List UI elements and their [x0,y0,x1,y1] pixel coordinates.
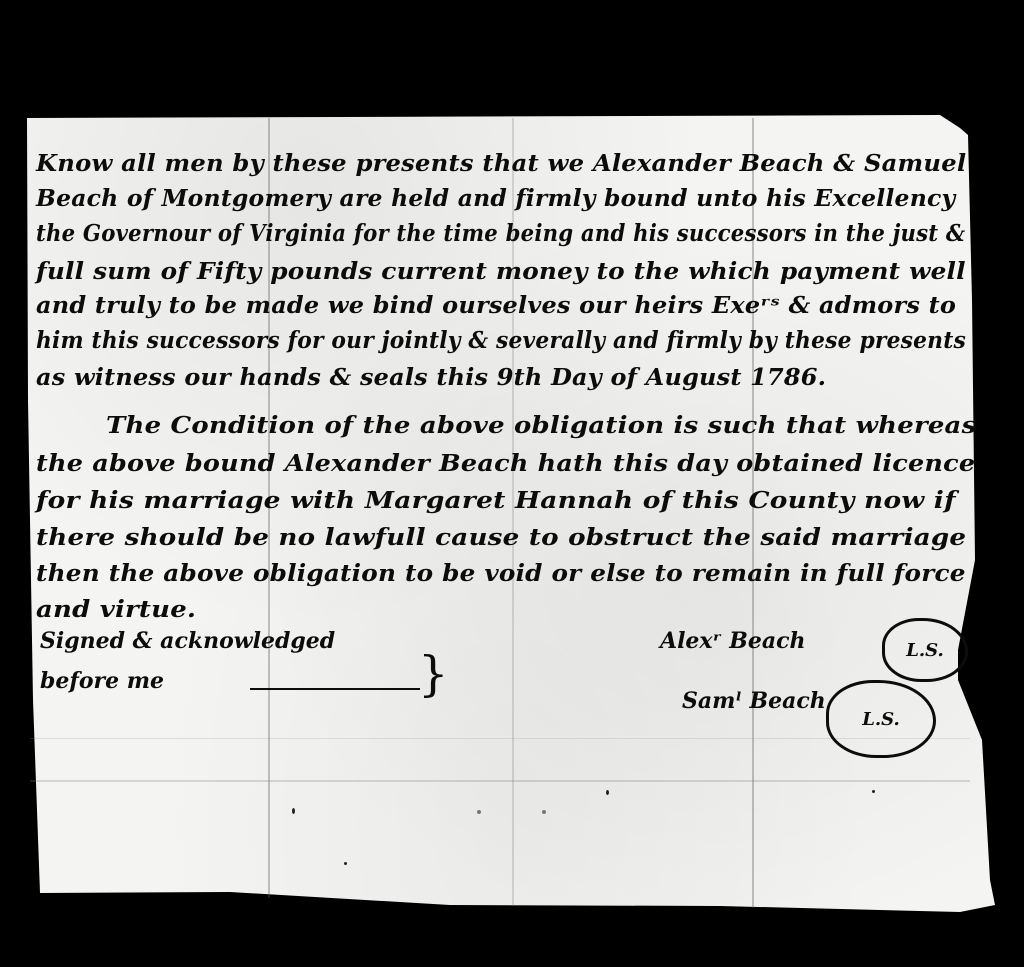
witness-line-2: before me [40,668,164,694]
ink-speck [344,862,347,865]
text-line: for his marriage with Margaret Hannah of… [36,487,956,514]
text-line: Know all men by these presents that we A… [36,150,966,177]
signature-samuel: Samˡ Beach [682,688,826,714]
seal-label: L.S. [862,709,900,730]
text-line: Beach of Montgomery are held and firmly … [36,185,955,212]
text-line: full sum of Fifty pounds current money t… [36,258,966,285]
text-line: and truly to be made we bind ourselves o… [36,292,956,319]
witness-line-1: Signed & acknowledged [40,628,335,654]
ink-speck [292,808,295,814]
ink-speck [542,810,546,814]
ink-speck [477,810,481,814]
signature-rule [250,688,420,690]
text-line: there should be no lawfull cause to obst… [36,524,966,551]
condition-line: The Condition of the above obligation is… [106,412,976,439]
ink-speck [872,790,875,793]
brace-icon: } [418,650,449,698]
text-line: the above bound Alexander Beach hath thi… [36,450,975,477]
text-line: the Governour of Virginia for the time b… [36,220,965,247]
text-line: and virtue. [36,596,196,623]
text-line: as witness our hands & seals this 9th Da… [36,364,826,391]
seal-icon: L.S. [826,680,936,758]
scan-canvas: Know all men by these presents that we A… [0,0,1024,967]
text-line: him this successors for our jointly & se… [36,327,966,354]
signature-alexander: Alexʳ Beach [660,628,806,654]
seal-icon: L.S. [882,618,968,682]
fold-crease [30,738,970,739]
fold-crease [30,780,970,782]
ink-speck [606,790,609,795]
text-line: then the above obligation to be void or … [36,560,966,587]
seal-label: L.S. [906,640,944,661]
